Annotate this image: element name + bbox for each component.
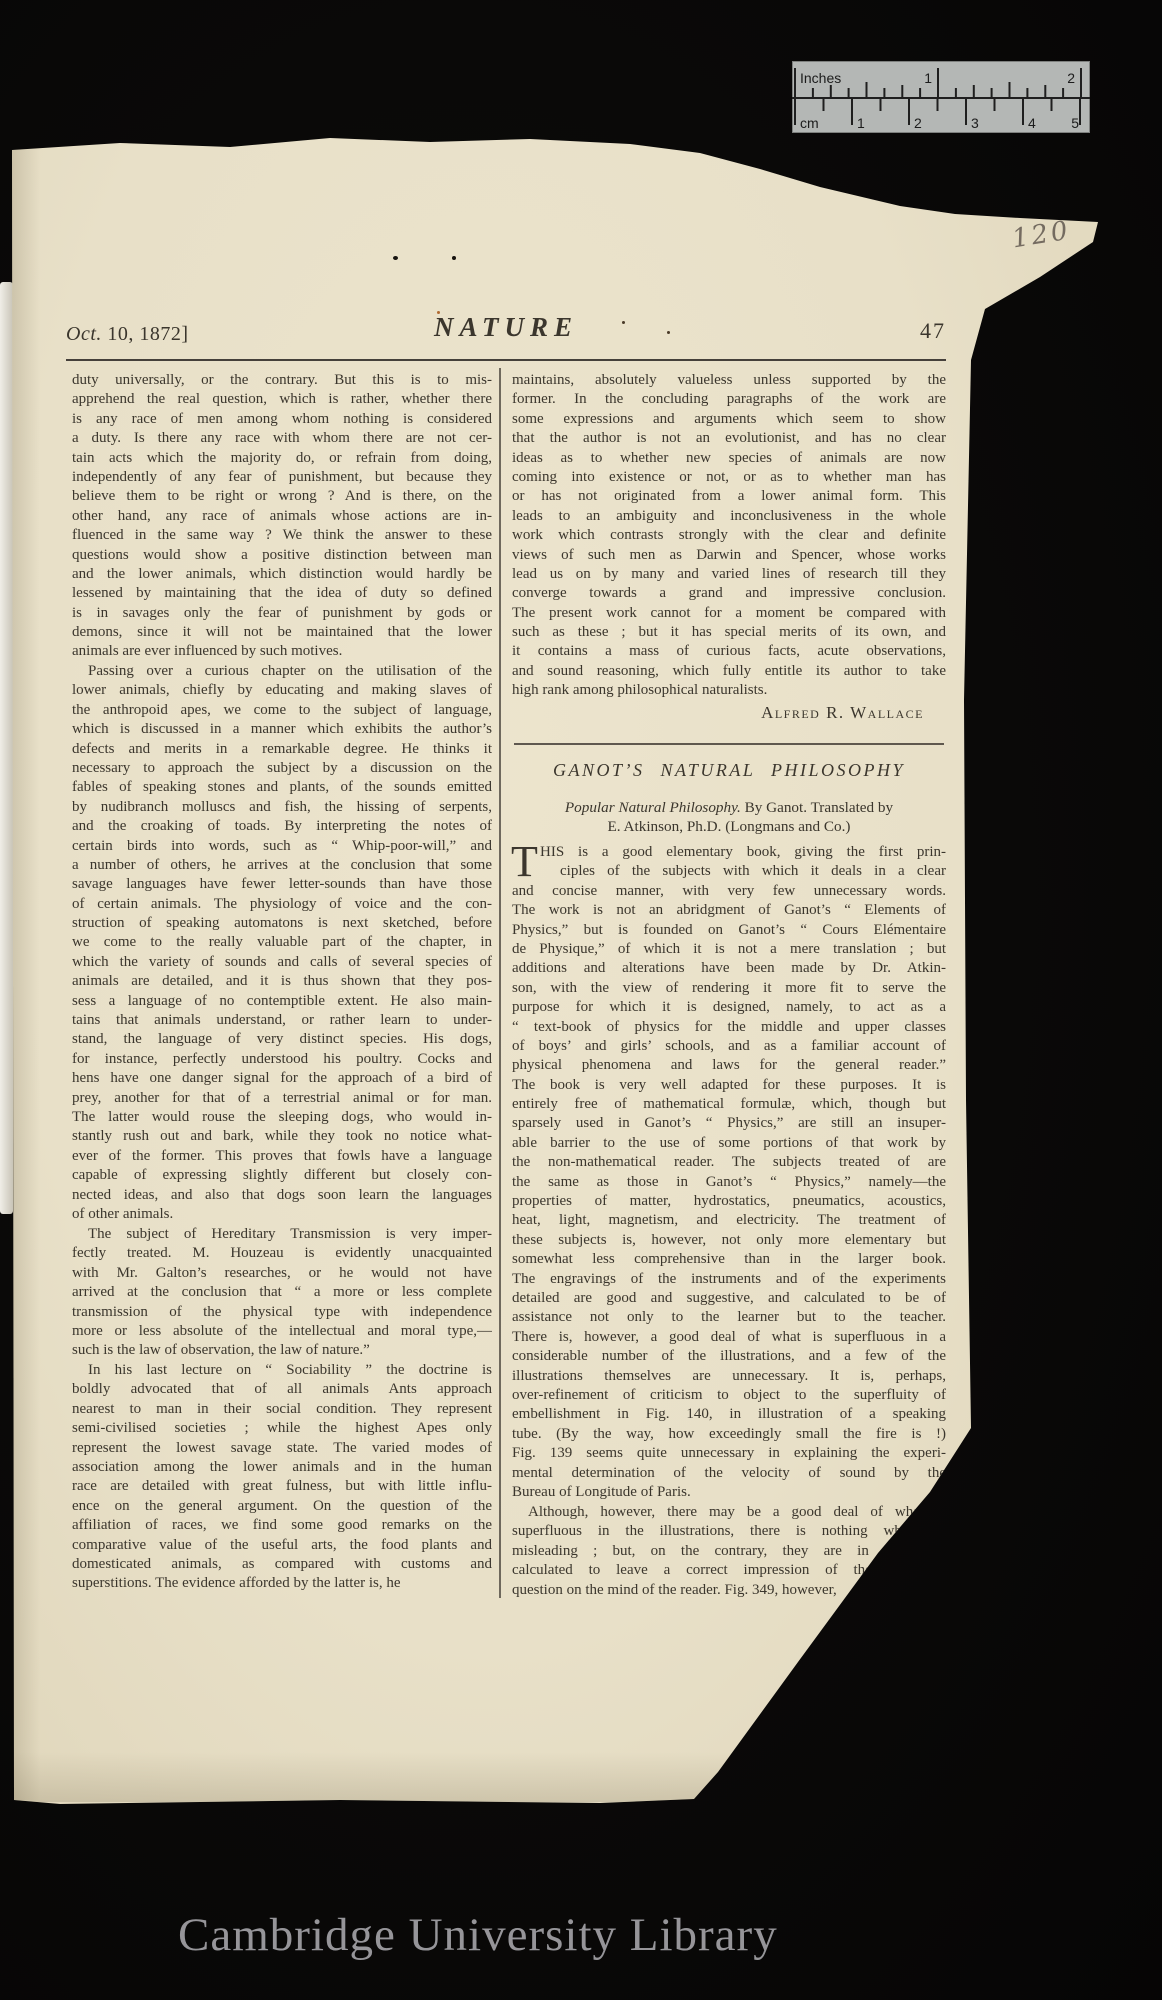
text-line: heat, light, magnetism, and electricity.… [512, 1211, 946, 1230]
text-line: views of such men as Darwin and Spencer,… [512, 546, 946, 565]
text-line: animals are detailed, and it is thus sho… [72, 972, 492, 991]
text-line: apprehend the real question, which is ra… [72, 390, 492, 409]
text-line: a number of others, he arrives at the co… [72, 856, 492, 875]
text-line: maintains, absolutely valueless unless s… [512, 371, 946, 390]
paragraph: Passing over a curious chapter on the ut… [72, 662, 492, 1224]
text-line: leads to an ambiguity and inconclusivene… [512, 507, 946, 526]
page-edge-sliver [0, 282, 13, 1214]
text-line: coming into existence or not, or as to w… [512, 468, 946, 487]
text-line: more or less absolute of the intellectua… [72, 1322, 492, 1341]
text-line: ciples of the subjects with which it dea… [512, 862, 946, 881]
text-line: Bureau of Longitude of Paris. [512, 1483, 946, 1502]
text-line: Physics,” but is founded on Ganot’s “ Co… [512, 921, 946, 940]
text-line: association among the lower animals and … [72, 1458, 492, 1477]
text-line: somewhat less comprehensive than in the … [512, 1250, 946, 1269]
text-line: considerable number of the illustrations… [512, 1347, 946, 1366]
ruler-cm-label: cm [800, 115, 819, 131]
text-line: arrived at the conclusion that “ a more … [72, 1283, 492, 1302]
section-rule [514, 743, 944, 745]
text-line: “ text-book of physics for the middle an… [512, 1018, 946, 1037]
text-line: ideas as to whether new species of anima… [512, 449, 946, 468]
page-number: 47 [920, 318, 946, 344]
book-title: Popular Natural Philosophy. [565, 799, 741, 816]
ruler-inch-1: 1 [924, 70, 932, 86]
text-line: and sound reasoning, which fully entitle… [512, 662, 946, 681]
text-line: superfluous in the illustrations, there … [512, 1522, 946, 1541]
review-paragraph: T HIS is a good elementary book, giving … [512, 843, 946, 1502]
text-line: these subjects is, however, not only mor… [512, 1231, 946, 1250]
text-line: it contains a mass of curious facts, acu… [512, 642, 946, 661]
text-line: semi-civilised societies ; while the hig… [72, 1419, 492, 1438]
text-line: stantly rush out and bark, while they to… [72, 1127, 492, 1146]
ruler-cm-5: 5 [1071, 115, 1079, 131]
paragraph: In his last lecture on “ Sociability ” t… [72, 1361, 492, 1594]
text-line: former. In the concluding paragraphs of … [512, 390, 946, 409]
text-line: capable of expressing slightly different… [72, 1166, 492, 1185]
text-line: lead us on by many and varied lines of r… [512, 565, 946, 584]
ruler-cm-2: 2 [914, 115, 922, 131]
text-line: tain acts which the majority do, or refr… [72, 449, 492, 468]
text-line: affiliation of races, we find some good … [72, 1516, 492, 1535]
scan-background: Inches 1 2 cm 1 2 3 4 5 Oct. 10, 1872] N… [0, 0, 1162, 2000]
text-line: Passing over a curious chapter on the ut… [72, 662, 492, 681]
text-line: The work is not an abridgment of Ganot’s… [512, 901, 946, 920]
paragraph: duty universally, or the contrary. But t… [72, 371, 492, 662]
text-line: tube. (By the way, how exceedingly small… [512, 1425, 946, 1444]
text-line: physical phenomena and laws for the gene… [512, 1056, 946, 1075]
text-line: sess a language of no contemptible exten… [72, 992, 492, 1011]
text-line: son, with the view of rendering it more … [512, 979, 946, 998]
text-line: and concise manner, with very few unnece… [512, 882, 946, 901]
text-line: that the author is not an evolutionist, … [512, 429, 946, 448]
text-line: race are detailed with great fulness, bu… [72, 1477, 492, 1496]
text-line: There is, however, a good deal of what i… [512, 1328, 946, 1347]
text-line: fectly treated. M. Houzeau is evidently … [72, 1244, 492, 1263]
text-line: questions would show a positive distinct… [72, 546, 492, 565]
text-line: of boys’ and girls’ schools, and as a fa… [512, 1037, 946, 1056]
ruler-inch-2: 2 [1067, 70, 1075, 86]
text-line: lessened by maintaining that the idea of… [72, 584, 492, 603]
header-rule [66, 359, 946, 361]
text-line: entirely free of mathematical formulæ, w… [512, 1095, 946, 1114]
text-line: high rank among philosophical naturalist… [512, 681, 946, 700]
text-line: by nudibranch molluscs and fish, the his… [72, 798, 492, 817]
text-line: calculated to leave a correct impression… [512, 1561, 946, 1580]
text-line: and the croaking of toads. By interpreti… [72, 817, 492, 836]
text-line: sparsely used in Ganot’s “ Physics,” are… [512, 1114, 946, 1133]
text-line: boldly advocated that of all animals Ant… [72, 1380, 492, 1399]
text-line: additions and alterations have been made… [512, 959, 946, 978]
text-line: misleading ; but, on the contrary, they … [512, 1542, 946, 1561]
book-citation-line2: E. Atkinson, Ph.D. (Longmans and Co.) [512, 817, 946, 836]
text-line: such as these ; but it has special merit… [512, 623, 946, 642]
dropcap-letter: T [511, 840, 538, 884]
book-citation-line1: Popular Natural Philosophy. By Ganot. Tr… [512, 798, 946, 817]
text-line: stand, the language of very distinct spe… [72, 1030, 492, 1049]
text-line: is in savages only the fear of punishmen… [72, 604, 492, 623]
text-line: prey, another for that of a terrestrial … [72, 1089, 492, 1108]
text-line: superstitions. The evidence afforded by … [72, 1574, 492, 1593]
text-line: is any race of men among whom nothing is… [72, 410, 492, 429]
text-line: de Physique,” of which it is not a mere … [512, 940, 946, 959]
page-bottom-shadow [12, 1752, 952, 1802]
review-body-lines: HIS is a good elementary book, giving th… [512, 843, 946, 1502]
text-line: with Mr. Galton’s researches, or he woul… [72, 1264, 492, 1283]
text-line: the non-mathematical reader. The subject… [512, 1153, 946, 1172]
text-line: illustrations themselves are unnecessary… [512, 1367, 946, 1386]
text-line: hens have one danger signal for the appr… [72, 1069, 492, 1088]
text-line: embellishment in Fig. 140, in illustrati… [512, 1405, 946, 1424]
text-line: properties of matter, hydrostatics, pneu… [512, 1192, 946, 1211]
article-title: GANOT’S NATURAL PHILOSOPHY [512, 761, 946, 780]
text-line: defects and merits in a remarkable degre… [72, 740, 492, 759]
text-line: some expressions and arguments which see… [512, 410, 946, 429]
paragraph: Although, however, there may be a good d… [512, 1503, 946, 1600]
text-line: the anthropoid apes, we come to the subj… [72, 701, 492, 720]
ruler-cm-4: 4 [1028, 115, 1036, 131]
text-line: for instance, perfectly understood his p… [72, 1050, 492, 1069]
text-line: over-refinement of criticism to object t… [512, 1386, 946, 1405]
text-line: The latter would rouse the sleeping dogs… [72, 1108, 492, 1127]
text-line: tains that animals understand, or rather… [72, 1011, 492, 1030]
text-line: In his last lecture on “ Sociability ” t… [72, 1361, 492, 1380]
text-line: animals are ever influenced by such moti… [72, 642, 492, 661]
text-line: duty universally, or the contrary. But t… [72, 371, 492, 390]
text-line: nected ideas, and also that dogs soon le… [72, 1186, 492, 1205]
journal-title: NATURE [66, 312, 946, 343]
text-line: of other animals. [72, 1205, 492, 1224]
paragraph: The subject of Hereditary Transmission i… [72, 1225, 492, 1361]
text-line: and the lower animals, which distinction… [72, 565, 492, 584]
text-line: ever of the former. This proves that fow… [72, 1147, 492, 1166]
text-line: The engravings of the instruments and of… [512, 1270, 946, 1289]
paragraph: maintains, absolutely valueless unless s… [512, 371, 946, 701]
author-signature: Alfred R. Wallace [512, 703, 946, 722]
journal-page: Oct. 10, 1872] NATURE 47 duty universall… [0, 0, 1162, 2000]
text-line: or has not originated from a lower anima… [512, 487, 946, 506]
text-line: able barrier to the use of some portions… [512, 1134, 946, 1153]
measurement-ruler: Inches 1 2 cm 1 2 3 4 5 [792, 61, 1090, 133]
page-binding-shadow [12, 140, 40, 1800]
text-line: a duty. Is there any race with whom ther… [72, 429, 492, 448]
text-line: HIS is a good elementary book, giving th… [512, 843, 946, 862]
text-line: savage languages have fewer letter-sound… [72, 875, 492, 894]
text-line: certain birds into words, such as “ Whip… [72, 837, 492, 856]
column-divider [499, 368, 501, 1598]
text-line: comparative value of the useful arts, th… [72, 1536, 492, 1555]
text-line: converge towards a grand and impressive … [512, 584, 946, 603]
text-line: struction of speaking automatons is next… [72, 914, 492, 933]
text-line: which the variety of sounds and calls of… [72, 953, 492, 972]
ruler-inches-label: Inches [800, 70, 841, 86]
text-line: work which contrasts strongly with the c… [512, 526, 946, 545]
text-line: nearest to man in their social condition… [72, 1400, 492, 1419]
text-line: represent the lowest savage state. The v… [72, 1439, 492, 1458]
text-line: domesticated animals, as compared with c… [72, 1555, 492, 1574]
text-line: transmission of the physical type with i… [72, 1303, 492, 1322]
text-line: such is the law of observation, the law … [72, 1341, 492, 1360]
text-line: detailed are good and suggestive, and ca… [512, 1289, 946, 1308]
text-line: the same as those in Ganot’s “ Physics,”… [512, 1173, 946, 1192]
text-line: question on the mind of the reader. Fig.… [512, 1581, 946, 1600]
text-line: Fig. 139 seems quite unnecessary in expl… [512, 1444, 946, 1463]
text-line: fluenced in the same way ? We think the … [72, 526, 492, 545]
text-line: other hand, any race of animals whose ac… [72, 507, 492, 526]
text-line: we come to the really valuable part of t… [72, 933, 492, 952]
text-line: which is discussed in a manner which exh… [72, 720, 492, 739]
text-line: demons, since it will not be maintained … [72, 623, 492, 642]
ruler-cm-3: 3 [971, 115, 979, 131]
book-citation-authors: By Ganot. Translated by [741, 799, 893, 816]
text-line: ence on the general argument. On the que… [72, 1497, 492, 1516]
text-line: lower animals, chiefly by educating and … [72, 681, 492, 700]
text-line: mental determination of the velocity of … [512, 1464, 946, 1483]
text-line: of certain animals. The physiology of vo… [72, 895, 492, 914]
text-line: believe them to be right or wrong ? And … [72, 487, 492, 506]
library-watermark: Cambridge University Library [178, 1908, 778, 1962]
ruler-cm-1: 1 [857, 115, 865, 131]
page-header: Oct. 10, 1872] NATURE 47 [66, 0, 946, 366]
text-line: The book is very well adapted for these … [512, 1076, 946, 1095]
text-line: assistance not only to the learner but t… [512, 1308, 946, 1327]
text-line: fables of speaking stones and plants, of… [72, 778, 492, 797]
text-line: necessary to approach the subject by a d… [72, 759, 492, 778]
text-line: independently of any fear of punishment,… [72, 468, 492, 487]
text-line: Although, however, there may be a good d… [512, 1503, 946, 1522]
text-line: The subject of Hereditary Transmission i… [72, 1225, 492, 1244]
text-line: The present work cannot for a moment be … [512, 604, 946, 623]
text-line: purpose for which it is designed, namely… [512, 998, 946, 1017]
